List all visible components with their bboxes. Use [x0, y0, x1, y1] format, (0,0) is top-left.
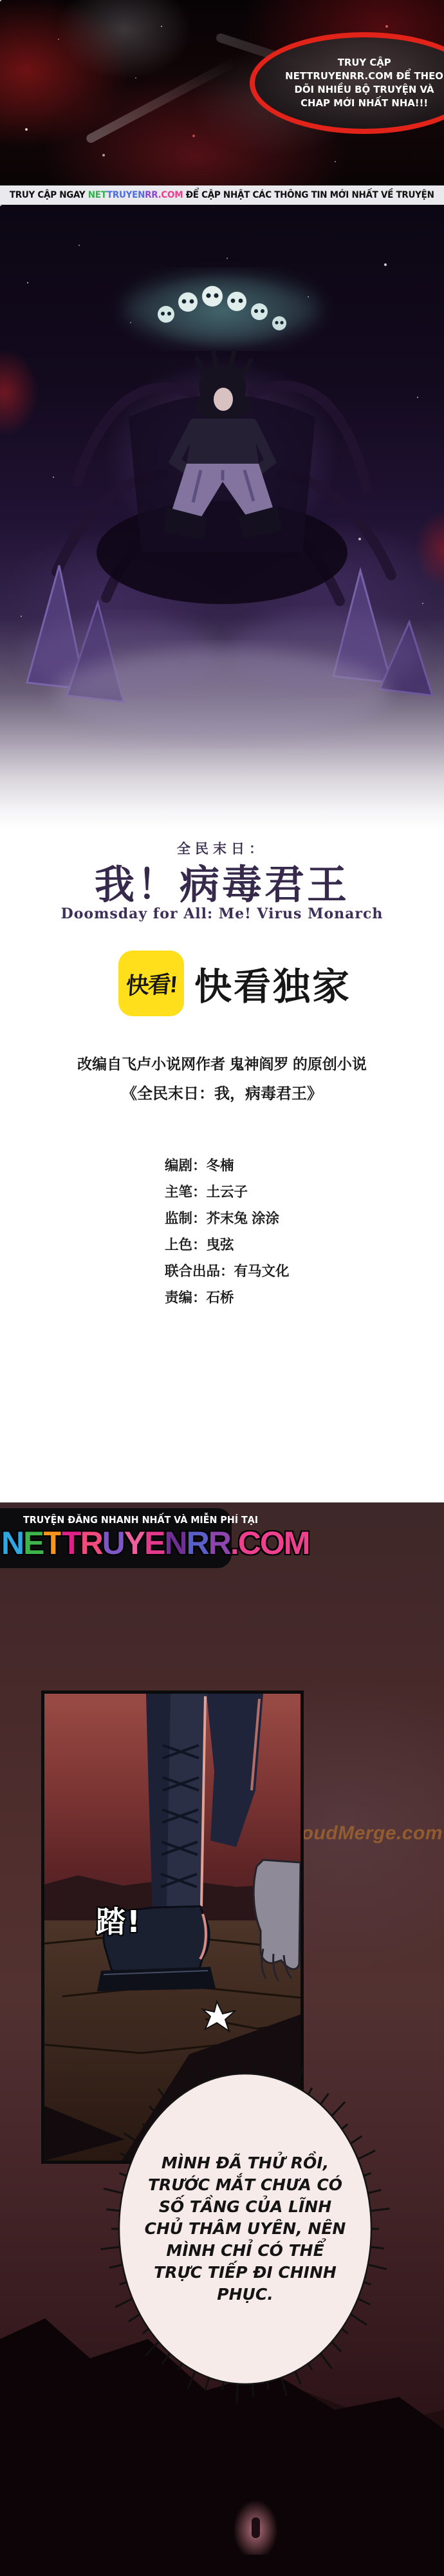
- tiny-figure: [233, 2499, 278, 2555]
- kuaikan-logo: 快看!: [118, 951, 184, 1016]
- badge-letter: T: [62, 1526, 81, 1560]
- speech-line: PHỤC.: [129, 2284, 361, 2306]
- badge-letter: M: [284, 1526, 310, 1560]
- promo-bubble-line: TRUY CẬP: [337, 56, 391, 70]
- speech-line: CHỦ THÂM UYÊN, NÊN: [129, 2218, 361, 2240]
- badge-letter: R: [187, 1526, 209, 1560]
- staff-credit-line: 监制：芥末兔 涂涂: [165, 1206, 290, 1232]
- site-info-segment: NET: [88, 190, 107, 200]
- staff-credit-line: 主笔：土云子: [165, 1179, 290, 1206]
- badge-tagline: TRUYỆN ĐĂNG NHANH NHẤT VÀ MIỄN PHÍ TẠI: [23, 1514, 215, 1526]
- badge-letter: N: [165, 1526, 187, 1560]
- series-title: 我！病毒君王: [0, 853, 444, 910]
- badge-letter: E: [144, 1526, 165, 1560]
- banner-art-sparks: [0, 0, 1, 1]
- badge-letter: R: [80, 1526, 103, 1560]
- badge-letter: O: [260, 1526, 284, 1560]
- badge-letter: E: [23, 1526, 44, 1560]
- speech-line: MÌNH CHỈ CÓ THỂ: [129, 2240, 361, 2262]
- staff-credits: 编剧：冬楠主笔：土云子监制：芥末兔 涂涂上色：曳弦联合出品：有马文化责编：石桥: [165, 1153, 290, 1311]
- staff-credit-line: 联合出品：有马文化: [165, 1258, 290, 1285]
- staff-credit-line: 责编：石桥: [165, 1285, 290, 1311]
- badge-letter: C: [238, 1526, 261, 1560]
- cover-illustration: [0, 205, 444, 831]
- banner-art-slash: [85, 58, 237, 144]
- speech-line: MÌNH ĐÃ THỬ RỒI,: [129, 2152, 361, 2174]
- publisher-row: 快看! 快看独家: [118, 951, 351, 1016]
- kuaikan-logo-text: 快看!: [125, 966, 178, 1001]
- comic-page: TRUYỆN ĐĂNG NHANH NHẤT VÀ MIỄN PHÍ TẠI N…: [0, 1502, 444, 2576]
- site-info-segment: TRUYEN: [107, 190, 145, 200]
- top-promo-banner: TRUY CẬPNETTRUYENRR.COM ĐỂ THEODÕI NHIỀU…: [0, 0, 444, 185]
- site-info-segment: ĐỂ CẬP NHẬT CÁC THÔNG TIN MỚI NHẤT VỀ TR…: [183, 190, 434, 200]
- badge-letter: U: [102, 1526, 125, 1560]
- manga-reader-page: TRUY CẬPNETTRUYENRR.COM ĐỂ THEODÕI NHIỀU…: [0, 0, 444, 2576]
- site-info-segment: RR: [145, 190, 158, 200]
- title-credits-section: 全民末日： 我！病毒君王 Doomsday for All: Me! Virus…: [0, 831, 444, 1502]
- adapted-from-line: 改编自飞卢小说网作者 鬼神阎罗 的原创小说: [0, 1052, 444, 1074]
- site-info-segment: .COM: [158, 190, 183, 200]
- promo-bubble-line: DÕI NHIỀU BỘ TRUYỆN VÀ: [294, 83, 434, 97]
- exclusive-label: 快看独家: [194, 956, 351, 1010]
- badge-letter: N: [1, 1526, 24, 1560]
- site-promo-badge: TRUYỆN ĐĂNG NHANH NHẤT VÀ MIỄN PHÍ TẠI N…: [0, 1508, 232, 1568]
- promo-bubble-line: NETTRUYENRR.COM ĐỂ THEO: [285, 70, 443, 83]
- site-info-bar: TRUY CẬP NGAY NETTRUYENRR.COM ĐỂ CẬP NHẬ…: [0, 185, 444, 205]
- badge-letter: R: [208, 1526, 231, 1560]
- speech-bubble-text: MÌNH ĐÃ THỬ RỒI,TRƯỚC MẮT CHƯA CÓSỐ TẦNG…: [129, 2152, 361, 2306]
- speech-line: TRƯỚC MẮT CHƯA CÓ: [129, 2174, 361, 2196]
- staff-credit-line: 上色：曳弦: [165, 1232, 290, 1258]
- novel-title-line: 《全民末日：我，病毒君王》: [0, 1081, 444, 1103]
- promo-speech-bubble: TRUY CẬPNETTRUYENRR.COM ĐỂ THEODÕI NHIỀU…: [250, 32, 444, 134]
- badge-letter: T: [43, 1526, 62, 1560]
- sfx-step-text: 踏!: [96, 1899, 142, 1941]
- site-info-segment: TRUY CẬP NGAY: [10, 190, 88, 200]
- cover-artwork: [0, 205, 444, 831]
- site-info-text: TRUY CẬP NGAY NETTRUYENRR.COM ĐỂ CẬP NHẬ…: [10, 190, 434, 200]
- badge-letter: Y: [124, 1526, 145, 1560]
- badge-site-name: NETTRUYENRR.COM: [1, 1526, 232, 1560]
- staff-credit-line: 编剧：冬楠: [165, 1153, 290, 1179]
- series-title-english: Doomsday for All: Me! Virus Monarch: [0, 905, 444, 922]
- speech-line: TRỰC TIẾP ĐI CHINH: [129, 2262, 361, 2284]
- promo-bubble-line: CHAP MỚI NHẤT NHA!!!: [301, 97, 428, 110]
- speech-line: SỐ TẦNG CỦA LĨNH: [129, 2196, 361, 2218]
